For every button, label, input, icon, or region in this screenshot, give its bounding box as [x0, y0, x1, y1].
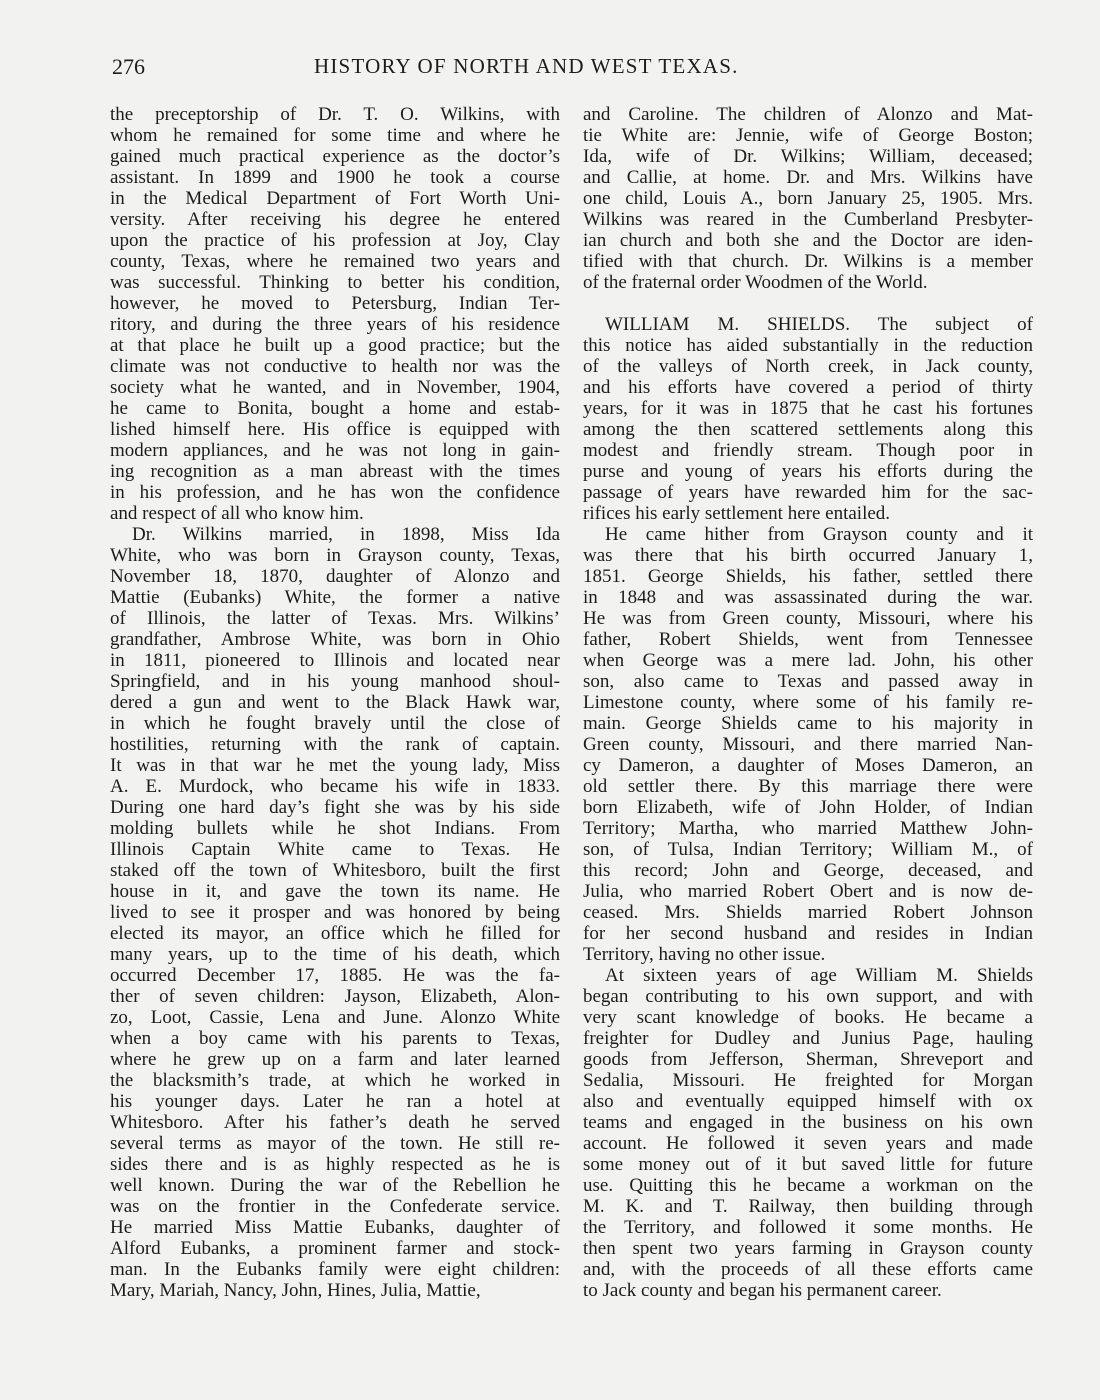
text-line: father, Robert Shields, went from Tennes… — [583, 629, 1033, 650]
text-line: lished himself here. His office is equip… — [110, 419, 560, 440]
text-line: when a boy came with his parents to Texa… — [110, 1028, 560, 1049]
text-line: was there that his birth occurred Januar… — [583, 545, 1033, 566]
text-line: WILLIAM M. SHIELDS. The subject of — [583, 314, 1033, 335]
text-line: climate was not conductive to health nor… — [110, 356, 560, 377]
text-line: when George was a mere lad. John, his ot… — [583, 650, 1033, 671]
text-line: many years, up to the time of his death,… — [110, 944, 560, 965]
text-line: use. Quitting this he became a workman o… — [583, 1175, 1033, 1196]
text-line: and his efforts have covered a period of… — [583, 377, 1033, 398]
text-line: 1851. George Shields, his father, settle… — [583, 566, 1033, 587]
left-column: the preceptorship of Dr. T. O. Wilkins, … — [110, 104, 560, 1301]
text-line: Illinois Captain White came to Texas. He — [110, 839, 560, 860]
text-line: house in it, and gave the town its name.… — [110, 881, 560, 902]
text-line: He married Miss Mattie Eubanks, daughter… — [110, 1217, 560, 1238]
text-line: purse and young of years his efforts dur… — [583, 461, 1033, 482]
text-line: molding bullets while he shot Indians. F… — [110, 818, 560, 839]
page-header: 276 HISTORY OF NORTH AND WEST TEXAS. — [0, 54, 1100, 84]
text-line: Dr. Wilkins married, in 1898, Miss Ida — [110, 524, 560, 545]
text-line: to Jack county and began his permanent c… — [583, 1280, 1033, 1301]
text-line: in his profession, and he has won the co… — [110, 482, 560, 503]
text-line: county, Texas, where he remained two yea… — [110, 251, 560, 272]
text-line: this record; John and George, deceased, … — [583, 860, 1033, 881]
text-line: where he grew up on a farm and later lea… — [110, 1049, 560, 1070]
text-line: in which he fought bravely until the clo… — [110, 713, 560, 734]
text-line: modest and friendly stream. Though poor … — [583, 440, 1033, 461]
text-line: the preceptorship of Dr. T. O. Wilkins, … — [110, 104, 560, 125]
text-line: M. K. and T. Railway, then building thro… — [583, 1196, 1033, 1217]
text-line: in the Medical Department of Fort Worth … — [110, 188, 560, 209]
text-line: sides there and is as highly respected a… — [110, 1154, 560, 1175]
text-line: upon the practice of his profession at J… — [110, 230, 560, 251]
text-line: began contributing to his own support, a… — [583, 986, 1033, 1007]
text-line: old settler there. By this marriage ther… — [583, 776, 1033, 797]
text-line: the Territory, and followed it some mont… — [583, 1217, 1033, 1238]
text-line: some money out of it but saved little fo… — [583, 1154, 1033, 1175]
text-line: and, with the proceeds of all these effo… — [583, 1259, 1033, 1280]
text-line: ing recognition as a man abreast with th… — [110, 461, 560, 482]
text-line: White, who was born in Grayson county, T… — [110, 545, 560, 566]
text-line: account. He followed it seven years and … — [583, 1133, 1033, 1154]
text-line: in 1811, pioneered to Illinois and locat… — [110, 650, 560, 671]
running-title: HISTORY OF NORTH AND WEST TEXAS. — [314, 54, 739, 79]
text-line: ther of seven children: Jayson, Elizabet… — [110, 986, 560, 1007]
text-line: passage of years have rewarded him for t… — [583, 482, 1033, 503]
text-line: At sixteen years of age William M. Shiel… — [583, 965, 1033, 986]
text-line: of the valleys of North creek, in Jack c… — [583, 356, 1033, 377]
text-line: ritory, and during the three years of hi… — [110, 314, 560, 335]
text-line: Territory, having no other issue. — [583, 944, 1033, 965]
text-line: whom he remained for some time and where… — [110, 125, 560, 146]
text-line: Whitesboro. After his father’s death he … — [110, 1112, 560, 1133]
text-line: ceased. Mrs. Shields married Robert John… — [583, 902, 1033, 923]
text-line: Springfield, and in his young manhood sh… — [110, 671, 560, 692]
text-line: this notice has aided substantially in t… — [583, 335, 1033, 356]
text-line: tie White are: Jennie, wife of George Bo… — [583, 125, 1033, 146]
text-line: born Elizabeth, wife of John Holder, of … — [583, 797, 1033, 818]
text-line: tified with that church. Dr. Wilkins is … — [583, 251, 1033, 272]
text-line: for her second husband and resides in In… — [583, 923, 1033, 944]
text-line: very scant knowledge of books. He became… — [583, 1007, 1033, 1028]
text-line: son, of Tulsa, Indian Territory; William… — [583, 839, 1033, 860]
text-line: man. In the Eubanks family were eight ch… — [110, 1259, 560, 1280]
text-line: He came hither from Grayson county and i… — [583, 524, 1033, 545]
text-line: hostilities, returning with the rank of … — [110, 734, 560, 755]
text-line: Julia, who married Robert Obert and is n… — [583, 881, 1033, 902]
text-line: freighter for Dudley and Junius Page, ha… — [583, 1028, 1033, 1049]
text-line: occurred December 17, 1885. He was the f… — [110, 965, 560, 986]
text-line: lived to see it prosper and was honored … — [110, 902, 560, 923]
text-line: he came to Bonita, bought a home and est… — [110, 398, 560, 419]
text-line: During one hard day’s fight she was by h… — [110, 797, 560, 818]
text-line: however, he moved to Petersburg, Indian … — [110, 293, 560, 314]
text-line: A. E. Murdock, who became his wife in 18… — [110, 776, 560, 797]
right-column: and Caroline. The children of Alonzo and… — [583, 104, 1033, 1301]
text-line: goods from Jefferson, Sherman, Shrevepor… — [583, 1049, 1033, 1070]
text-line: was on the frontier in the Confederate s… — [110, 1196, 560, 1217]
text-line: Alford Eubanks, a prominent farmer and s… — [110, 1238, 560, 1259]
text-line: Wilkins was reared in the Cumberland Pre… — [583, 209, 1033, 230]
text-line: of Illinois, the latter of Texas. Mrs. W… — [110, 608, 560, 629]
text-line: and respect of all who know him. — [110, 503, 560, 524]
text-line: zo, Loot, Cassie, Lena and June. Alonzo … — [110, 1007, 560, 1028]
text-line: Territory; Martha, who married Matthew J… — [583, 818, 1033, 839]
text-line: also and eventually equipped himself wit… — [583, 1091, 1033, 1112]
text-line: at that place he built up a good practic… — [110, 335, 560, 356]
text-line: Sedalia, Missouri. He freighted for Morg… — [583, 1070, 1033, 1091]
text-line: and Callie, at home. Dr. and Mrs. Wilkin… — [583, 167, 1033, 188]
text-line: of the fraternal order Woodmen of the Wo… — [583, 272, 1033, 293]
text-line: in 1848 and was assassinated during the … — [583, 587, 1033, 608]
text-line: cy Dameron, a daughter of Moses Dameron,… — [583, 755, 1033, 776]
text-line: November 18, 1870, daughter of Alonzo an… — [110, 566, 560, 587]
text-line: assistant. In 1899 and 1900 he took a co… — [110, 167, 560, 188]
text-line: was successful. Thinking to better his c… — [110, 272, 560, 293]
text-line: son, also came to Texas and passed away … — [583, 671, 1033, 692]
text-line: It was in that war he met the young lady… — [110, 755, 560, 776]
text-line: grandfather, Ambrose White, was born in … — [110, 629, 560, 650]
text-line: elected its mayor, an office which he fi… — [110, 923, 560, 944]
text-line: versity. After receiving his degree he e… — [110, 209, 560, 230]
text-line: well known. During the war of the Rebell… — [110, 1175, 560, 1196]
text-line: main. George Shields came to his majorit… — [583, 713, 1033, 734]
text-line: his younger days. Later he ran a hotel a… — [110, 1091, 560, 1112]
text-line: rifices his early settlement here entail… — [583, 503, 1033, 524]
text-line: Ida, wife of Dr. Wilkins; William, decea… — [583, 146, 1033, 167]
text-line: He was from Green county, Missouri, wher… — [583, 608, 1033, 629]
text-line: society what he wanted, and in November,… — [110, 377, 560, 398]
text-line: one child, Louis A., born January 25, 19… — [583, 188, 1033, 209]
text-line: and Caroline. The children of Alonzo and… — [583, 104, 1033, 125]
text-line: Limestone county, where some of his fami… — [583, 692, 1033, 713]
text-line: modern appliances, and he was not long i… — [110, 440, 560, 461]
text-line: staked off the town of Whitesboro, built… — [110, 860, 560, 881]
text-line: Mary, Mariah, Nancy, John, Hines, Julia,… — [110, 1280, 560, 1301]
text-line: Green county, Missouri, and there marrie… — [583, 734, 1033, 755]
text-line: Mattie (Eubanks) White, the former a nat… — [110, 587, 560, 608]
text-line: dered a gun and went to the Black Hawk w… — [110, 692, 560, 713]
text-line: gained much practical experience as the … — [110, 146, 560, 167]
text-line: among the then scattered settlements alo… — [583, 419, 1033, 440]
text-line: several terms as mayor of the town. He s… — [110, 1133, 560, 1154]
text-line: teams and engaged in the business on his… — [583, 1112, 1033, 1133]
text-line: ian church and both she and the Doctor a… — [583, 230, 1033, 251]
section-gap — [583, 293, 1033, 314]
text-line: then spent two years farming in Grayson … — [583, 1238, 1033, 1259]
page-number: 276 — [112, 54, 145, 80]
text-line: the blacksmith’s trade, at which he work… — [110, 1070, 560, 1091]
text-line: years, for it was in 1875 that he cast h… — [583, 398, 1033, 419]
